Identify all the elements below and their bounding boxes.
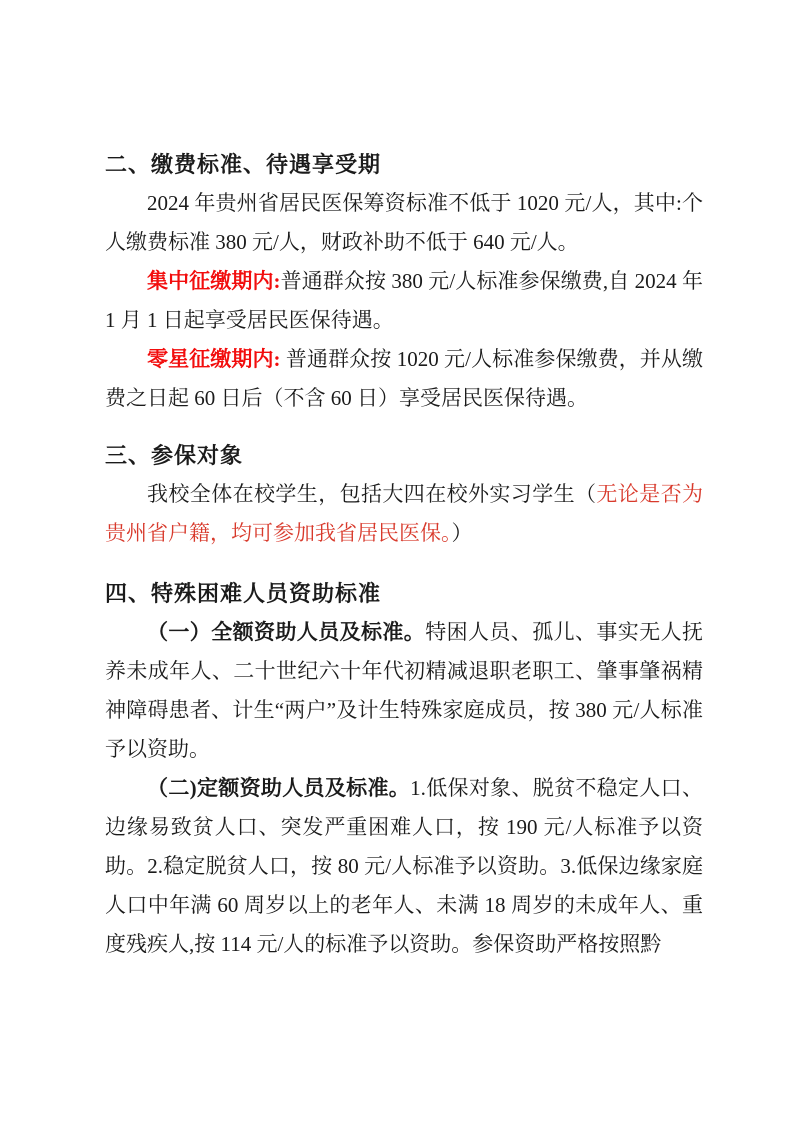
text-run-bold: （一）全额资助人员及标准。 [147,620,425,644]
text-run-normal: 2024 年贵州省居民医保筹资标准不低于 1020 元/人，其中:个人缴费标准 … [105,191,703,254]
text-run-normal: 我校全体在校学生，包括大四在校外实习学生（ [147,482,596,506]
text-run-normal: 1.低保对象、脱贫不稳定人口、边缘易致贫人口、突发严重困难人口，按 190 元/… [105,776,703,956]
document-content: 二、缴费标准、待遇享受期2024 年贵州省居民医保筹资标准不低于 1020 元/… [105,145,703,964]
sporadic-collection-paragraph: 零星征缴期内: 普通群众按 1020 元/人标准参保缴费，并从缴费之日起 60 … [105,340,703,418]
full-subsidy-paragraph: （一）全额资助人员及标准。特困人员、孤儿、事实无人抚养未成年人、二十世纪六十年代… [105,613,703,769]
eligibility-paragraph: 我校全体在校学生，包括大四在校外实习学生（无论是否为贵州省户籍，均可参加我省居民… [105,475,703,553]
text-run-red-bold: 零星征缴期内: [147,347,281,371]
text-run-bold: （二)定额资助人员及标准。 [147,776,410,800]
section-heading-subsidy-standard: 四、特殊困难人员资助标准 [105,574,703,613]
section-heading-payment-standard: 二、缴费标准、待遇享受期 [105,145,703,184]
section-heading-insured-persons: 三、参保对象 [105,436,703,475]
document-page: 二、缴费标准、待遇享受期2024 年贵州省居民医保筹资标准不低于 1020 元/… [0,0,793,1122]
fixed-subsidy-paragraph: （二)定额资助人员及标准。1.低保对象、脱贫不稳定人口、边缘易致贫人口、突发严重… [105,769,703,964]
text-run-red-bold: 集中征缴期内: [147,269,281,293]
funding-standard-paragraph: 2024 年贵州省居民医保筹资标准不低于 1020 元/人，其中:个人缴费标准 … [105,184,703,262]
text-run-normal: ） [452,521,473,545]
centralized-collection-paragraph: 集中征缴期内:普通群众按 380 元/人标准参保缴费,自 2024 年 1 月 … [105,262,703,340]
